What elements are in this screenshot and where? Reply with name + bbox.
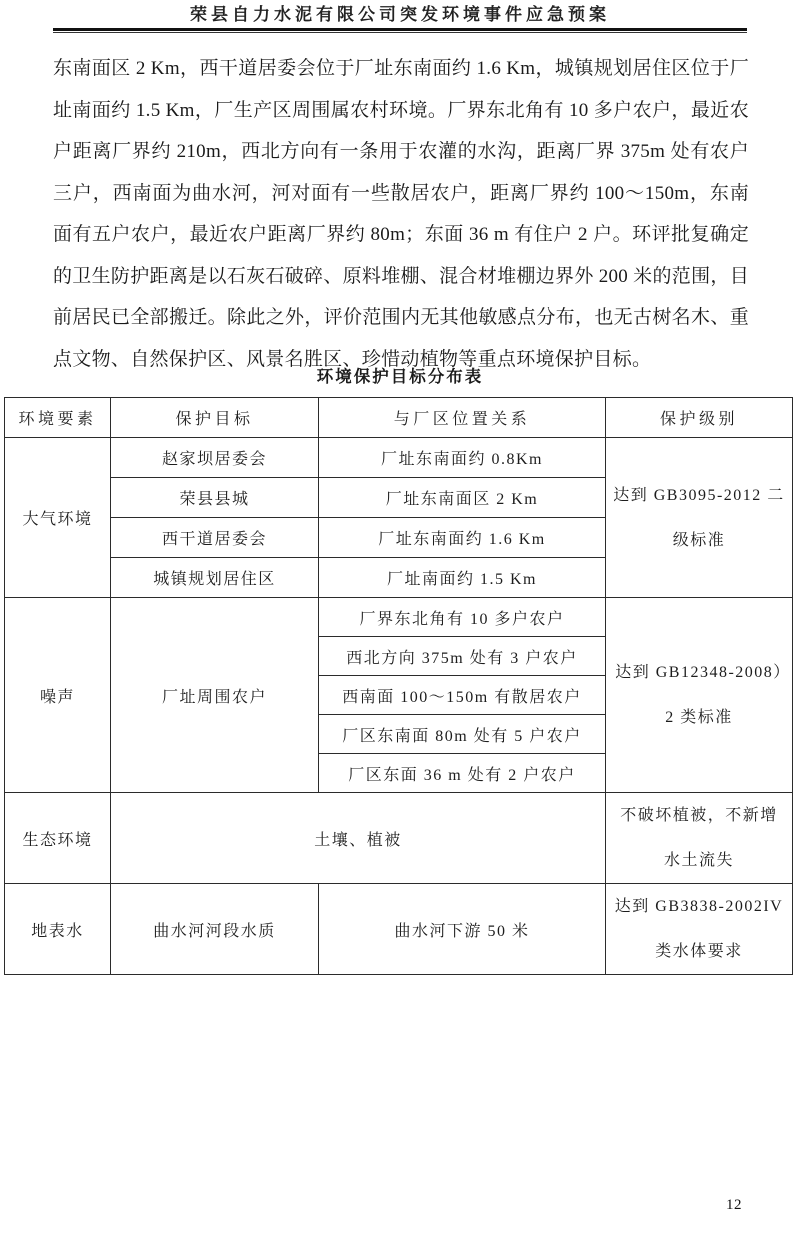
header-rule-thick-line — [53, 28, 747, 31]
page-header-title: 荣县自力水泥有限公司突发环境事件应急预案 — [0, 4, 800, 26]
cell-air-target-1: 荣县县城 — [111, 478, 319, 518]
header-rule — [53, 28, 747, 34]
cell-noise-position-4: 厂区东面 36 m 处有 2 户农户 — [319, 754, 606, 793]
cell-air-target-3: 城镇规划居住区 — [111, 558, 319, 598]
cell-noise-target: 厂址周围农户 — [111, 598, 319, 793]
cell-noise-position-0: 厂界东北角有 10 多户农户 — [319, 598, 606, 637]
body-paragraph: 东南面区 2 Km，西干道居委会位于厂址东南面约 1.6 Km，城镇规划居住区位… — [53, 48, 749, 380]
table-row: 地表水 曲水河河段水质 曲水河下游 50 米 达到 GB3838-2002IV … — [5, 884, 793, 975]
cell-noise-position-3: 厂区东南面 80m 处有 5 户农户 — [319, 715, 606, 754]
document-page: 荣县自力水泥有限公司突发环境事件应急预案 东南面区 2 Km，西干道居委会位于厂… — [0, 0, 800, 1244]
cell-water-element: 地表水 — [5, 884, 111, 975]
cell-air-position-1: 厂址东南面区 2 Km — [319, 478, 606, 518]
page-number: 12 — [726, 1197, 742, 1214]
cell-air-position-2: 厂址东南面约 1.6 Km — [319, 518, 606, 558]
cell-ecology-element: 生态环境 — [5, 793, 111, 884]
cell-air-position-3: 厂址南面约 1.5 Km — [319, 558, 606, 598]
table-row: 大气环境 赵家坝居委会 厂址东南面约 0.8Km 达到 GB3095-2012 … — [5, 438, 793, 478]
col-header-target: 保护目标 — [111, 398, 319, 438]
cell-noise-position-2: 西南面 100～150m 有散居农户 — [319, 676, 606, 715]
cell-noise-position-1: 西北方向 375m 处有 3 户农户 — [319, 637, 606, 676]
header-rule-thin-line — [53, 32, 747, 33]
table-title: 环境保护目标分布表 — [0, 363, 800, 387]
cell-ecology-target-position: 土壤、植被 — [111, 793, 606, 884]
cell-water-standard: 达到 GB3838-2002IV 类水体要求 — [606, 884, 793, 975]
col-header-element: 环境要素 — [5, 398, 111, 438]
cell-air-element: 大气环境 — [5, 438, 111, 598]
cell-air-target-0: 赵家坝居委会 — [111, 438, 319, 478]
cell-noise-standard: 达到 GB12348-2008）2 类标准 — [606, 598, 793, 793]
col-header-level: 保护级别 — [606, 398, 793, 438]
table-row: 噪声 厂址周围农户 厂界东北角有 10 多户农户 达到 GB12348-2008… — [5, 598, 793, 637]
cell-water-target: 曲水河河段水质 — [111, 884, 319, 975]
cell-air-target-2: 西干道居委会 — [111, 518, 319, 558]
cell-air-standard: 达到 GB3095-2012 二级标准 — [606, 438, 793, 598]
cell-ecology-standard: 不破坏植被，不新增水土流失 — [606, 793, 793, 884]
col-header-position: 与厂区位置关系 — [319, 398, 606, 438]
cell-air-position-0: 厂址东南面约 0.8Km — [319, 438, 606, 478]
table-header-row: 环境要素 保护目标 与厂区位置关系 保护级别 — [5, 398, 793, 438]
cell-water-position: 曲水河下游 50 米 — [319, 884, 606, 975]
table-row: 生态环境 土壤、植被 不破坏植被，不新增水土流失 — [5, 793, 793, 884]
protection-targets-table: 环境要素 保护目标 与厂区位置关系 保护级别 大气环境 赵家坝居委会 厂址东南面… — [4, 397, 793, 975]
cell-noise-element: 噪声 — [5, 598, 111, 793]
